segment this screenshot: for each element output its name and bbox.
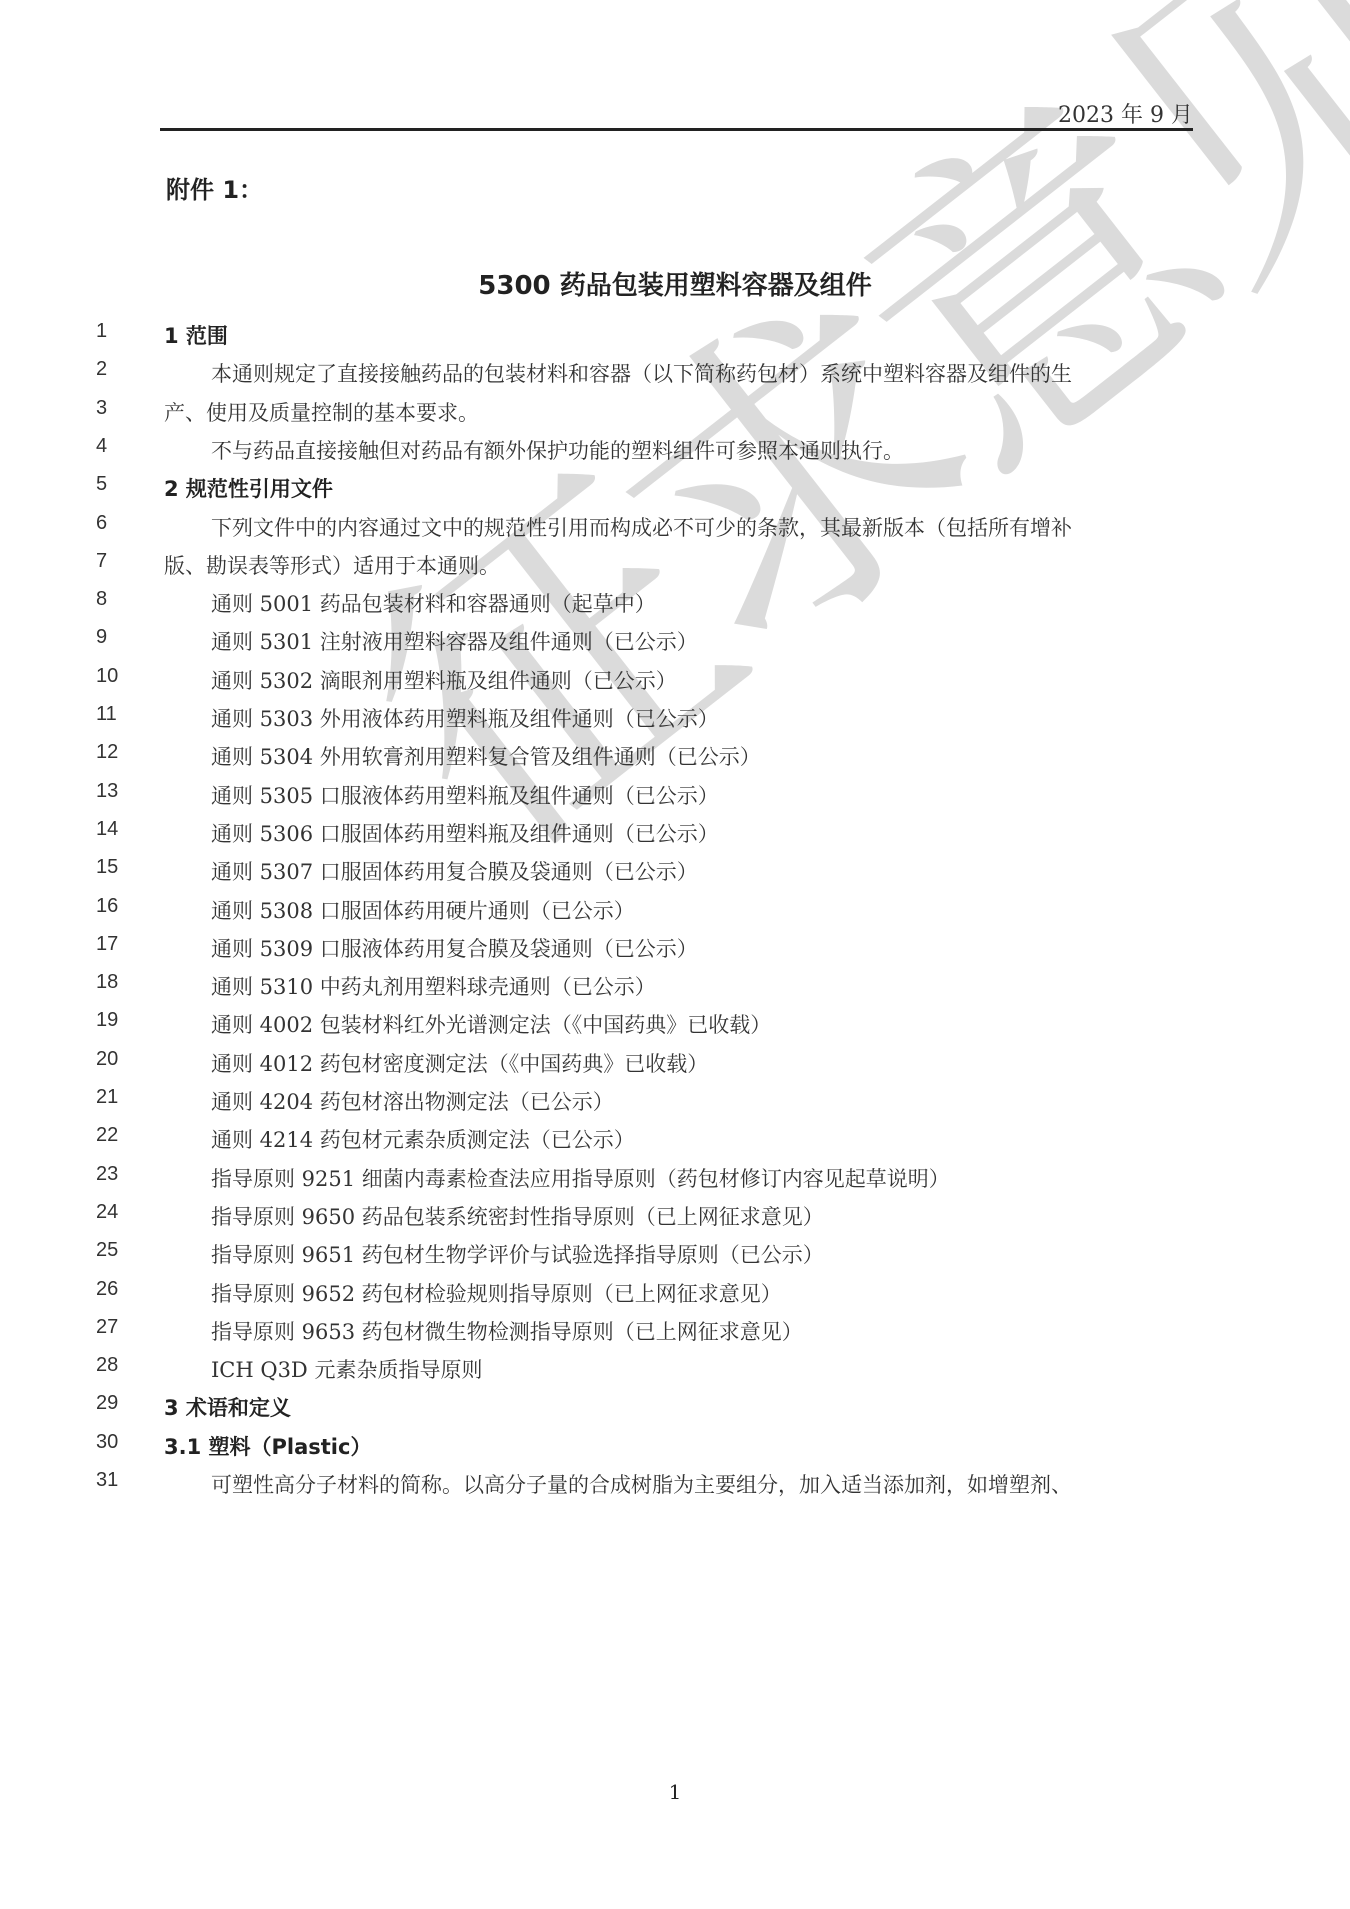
document-line: 303.1 塑料（Plastic） xyxy=(0,1431,1350,1471)
line-number: 23 xyxy=(96,1163,126,1186)
document-line: 18通则 5310 中药丸剂用塑料球壳通则（已公示） xyxy=(0,971,1350,1011)
line-text: 版、勘误表等形式）适用于本通则。 xyxy=(164,550,500,580)
document-line: 9通则 5301 注射液用塑料容器及组件通则（已公示） xyxy=(0,626,1350,666)
line-text: 可塑性高分子材料的简称。以高分子量的合成树脂为主要组分，加入适当添加剂，如增塑剂… xyxy=(211,1469,1072,1499)
line-number: 3 xyxy=(96,397,126,420)
line-text: 通则 5307 口服固体药用复合膜及袋通则（已公示） xyxy=(211,856,698,886)
document-line: 293 术语和定义 xyxy=(0,1392,1350,1432)
document-line: 17通则 5309 口服液体药用复合膜及袋通则（已公示） xyxy=(0,933,1350,973)
header-divider xyxy=(160,128,1193,131)
document-line: 21通则 4204 药包材溶出物测定法（已公示） xyxy=(0,1086,1350,1126)
document-line: 31可塑性高分子材料的简称。以高分子量的合成树脂为主要组分，加入适当添加剂，如增… xyxy=(0,1469,1350,1509)
document-line: 2本通则规定了直接接触药品的包装材料和容器（以下简称药包材）系统中塑料容器及组件… xyxy=(0,358,1350,398)
section-heading: 1 范围 xyxy=(164,320,228,350)
line-number: 11 xyxy=(96,703,126,726)
section-heading: 3 术语和定义 xyxy=(164,1392,291,1422)
line-number: 30 xyxy=(96,1431,126,1454)
line-number: 5 xyxy=(96,473,126,496)
line-number: 9 xyxy=(96,626,126,649)
document-line: 8通则 5001 药品包装材料和容器通则（起草中） xyxy=(0,588,1350,628)
line-number: 29 xyxy=(96,1392,126,1415)
line-number: 21 xyxy=(96,1086,126,1109)
line-text: 通则 5304 外用软膏剂用塑料复合管及组件通则（已公示） xyxy=(211,741,761,771)
line-number: 16 xyxy=(96,895,126,918)
line-text: 通则 5306 口服固体药用塑料瓶及组件通则（已公示） xyxy=(211,818,719,848)
line-number: 26 xyxy=(96,1278,126,1301)
line-text: 指导原则 9651 药包材生物学评价与试验选择指导原则（已公示） xyxy=(211,1239,824,1269)
document-line: 14通则 5306 口服固体药用塑料瓶及组件通则（已公示） xyxy=(0,818,1350,858)
document-line: 12通则 5304 外用软膏剂用塑料复合管及组件通则（已公示） xyxy=(0,741,1350,781)
document-line: 6下列文件中的内容通过文中的规范性引用而构成必不可少的条款，其最新版本（包括所有… xyxy=(0,512,1350,552)
line-number: 25 xyxy=(96,1239,126,1262)
header-date: 2023 年 9 月 xyxy=(1058,98,1193,129)
line-number: 7 xyxy=(96,550,126,573)
document-line: 26指导原则 9652 药包材检验规则指导原则（已上网征求意见） xyxy=(0,1278,1350,1318)
document-line: 7版、勘误表等形式）适用于本通则。 xyxy=(0,550,1350,590)
line-text: 通则 5310 中药丸剂用塑料球壳通则（已公示） xyxy=(211,971,656,1001)
line-text: 通则 4012 药包材密度测定法（《中国药典》已收载） xyxy=(211,1048,708,1078)
document-line: 52 规范性引用文件 xyxy=(0,473,1350,513)
line-number: 28 xyxy=(96,1354,126,1377)
line-text: 下列文件中的内容通过文中的规范性引用而构成必不可少的条款，其最新版本（包括所有增… xyxy=(211,512,1072,542)
line-number: 24 xyxy=(96,1201,126,1224)
document-line: 22通则 4214 药包材元素杂质测定法（已公示） xyxy=(0,1124,1350,1164)
page-number: 1 xyxy=(0,1780,1350,1804)
line-text: 通则 4002 包装材料红外光谱测定法（《中国药典》已收载） xyxy=(211,1009,771,1039)
document-line: 15通则 5307 口服固体药用复合膜及袋通则（已公示） xyxy=(0,856,1350,896)
line-number: 18 xyxy=(96,971,126,994)
line-number: 31 xyxy=(96,1469,126,1492)
line-text: 通则 5301 注射液用塑料容器及组件通则（已公示） xyxy=(211,626,698,656)
document-line: 27指导原则 9653 药包材微生物检测指导原则（已上网征求意见） xyxy=(0,1316,1350,1356)
document-line: 20通则 4012 药包材密度测定法（《中国药典》已收载） xyxy=(0,1048,1350,1088)
line-number: 8 xyxy=(96,588,126,611)
line-number: 14 xyxy=(96,818,126,841)
document-title: 5300 药品包装用塑料容器及组件 xyxy=(0,265,1350,302)
line-text: 本通则规定了直接接触药品的包装材料和容器（以下简称药包材）系统中塑料容器及组件的… xyxy=(211,358,1072,388)
line-number: 1 xyxy=(96,320,126,343)
document-line: 24指导原则 9650 药品包装系统密封性指导原则（已上网征求意见） xyxy=(0,1201,1350,1241)
document-line: 19通则 4002 包装材料红外光谱测定法（《中国药典》已收载） xyxy=(0,1009,1350,1049)
line-text: 通则 5001 药品包装材料和容器通则（起草中） xyxy=(211,588,656,618)
page-content: 2023 年 9 月 附件 1： 5300 药品包装用塑料容器及组件 11 范围… xyxy=(0,0,1350,1909)
line-number: 17 xyxy=(96,933,126,956)
line-text: 通则 5308 口服固体药用硬片通则（已公示） xyxy=(211,895,635,925)
line-text: 通则 5305 口服液体药用塑料瓶及组件通则（已公示） xyxy=(211,780,719,810)
line-text: 不与药品直接接触但对药品有额外保护功能的塑料组件可参照本通则执行。 xyxy=(211,435,904,465)
document-line: 4不与药品直接接触但对药品有额外保护功能的塑料组件可参照本通则执行。 xyxy=(0,435,1350,475)
document-line: 10通则 5302 滴眼剂用塑料瓶及组件通则（已公示） xyxy=(0,665,1350,705)
document-line: 13通则 5305 口服液体药用塑料瓶及组件通则（已公示） xyxy=(0,780,1350,820)
line-number: 13 xyxy=(96,780,126,803)
line-text: 通则 5309 口服液体药用复合膜及袋通则（已公示） xyxy=(211,933,698,963)
line-number: 4 xyxy=(96,435,126,458)
document-line: 3产、使用及质量控制的基本要求。 xyxy=(0,397,1350,437)
line-text: 指导原则 9652 药包材检验规则指导原则（已上网征求意见） xyxy=(211,1278,782,1308)
line-number: 10 xyxy=(96,665,126,688)
section-heading: 3.1 塑料（Plastic） xyxy=(164,1431,371,1461)
line-text: 指导原则 9251 细菌内毒素检查法应用指导原则（药包材修订内容见起草说明） xyxy=(211,1163,950,1193)
document-line: 23指导原则 9251 细菌内毒素检查法应用指导原则（药包材修订内容见起草说明） xyxy=(0,1163,1350,1203)
document-page: 征求意见稿 2023 年 9 月 附件 1： 5300 药品包装用塑料容器及组件… xyxy=(0,0,1350,1909)
line-text: 指导原则 9650 药品包装系统密封性指导原则（已上网征求意见） xyxy=(211,1201,824,1231)
document-line: 28ICH Q3D 元素杂质指导原则 xyxy=(0,1354,1350,1394)
section-heading: 2 规范性引用文件 xyxy=(164,473,333,503)
line-number: 2 xyxy=(96,358,126,381)
line-text: 通则 4214 药包材元素杂质测定法（已公示） xyxy=(211,1124,635,1154)
line-text: 通则 5303 外用液体药用塑料瓶及组件通则（已公示） xyxy=(211,703,719,733)
line-number: 15 xyxy=(96,856,126,879)
document-line: 11通则 5303 外用液体药用塑料瓶及组件通则（已公示） xyxy=(0,703,1350,743)
line-number: 19 xyxy=(96,1009,126,1032)
document-line: 11 范围 xyxy=(0,320,1350,360)
line-text: 指导原则 9653 药包材微生物检测指导原则（已上网征求意见） xyxy=(211,1316,803,1346)
line-number: 12 xyxy=(96,741,126,764)
document-line: 25指导原则 9651 药包材生物学评价与试验选择指导原则（已公示） xyxy=(0,1239,1350,1279)
line-text: 产、使用及质量控制的基本要求。 xyxy=(164,397,479,427)
line-number: 22 xyxy=(96,1124,126,1147)
line-number: 6 xyxy=(96,512,126,535)
line-text: 通则 4204 药包材溶出物测定法（已公示） xyxy=(211,1086,614,1116)
attachment-label: 附件 1： xyxy=(166,170,263,205)
line-number: 27 xyxy=(96,1316,126,1339)
line-number: 20 xyxy=(96,1048,126,1071)
document-line: 16通则 5308 口服固体药用硬片通则（已公示） xyxy=(0,895,1350,935)
line-text: ICH Q3D 元素杂质指导原则 xyxy=(211,1354,482,1384)
line-text: 通则 5302 滴眼剂用塑料瓶及组件通则（已公示） xyxy=(211,665,677,695)
